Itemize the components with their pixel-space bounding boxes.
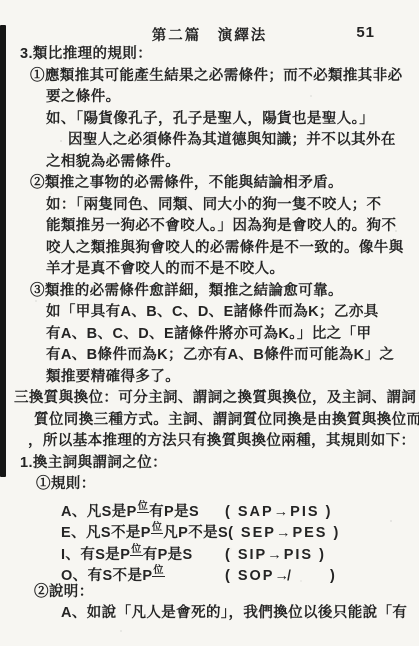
- conversion-mark: 位: [151, 522, 163, 534]
- text-line: 質位同換三種方式。主詞、謂詞質位同換是由換質與換位而來的: [34, 410, 419, 432]
- conversion-rule-O: O、有S不是P位( SOP↛ ): [61, 560, 419, 582]
- conversion-rule-E: E、凡S不是P位凡P不是S( SEP→PES ): [61, 517, 419, 539]
- conversion-mark: 位: [152, 565, 164, 577]
- text-line: 如「甲具有A、B、C、D、E諸條件而為K；乙亦具: [46, 302, 419, 324]
- text-line: 能類推另一狗必不會咬人。」因為狗是會咬人的。狗不: [46, 216, 419, 238]
- text-line: 3.類比推理的規則：: [20, 44, 419, 66]
- conversion-rule-A: A、凡S是P位有P是S( SAP→PIS ): [61, 496, 419, 518]
- page-number: 51: [356, 24, 375, 44]
- text-line: ①應類推其可能產生結果之必需條件；而不必類推其非必: [30, 66, 419, 88]
- conversion-rule-I: I、有S是P位有P是S( SIP→PIS ): [61, 539, 419, 561]
- rule-notation: ( SOP↛ ): [225, 568, 337, 584]
- text-line: 三換質與換位：可分主詞、謂詞之換質與換位，及主詞、謂詞: [14, 388, 419, 410]
- text-line: ，所以基本推理的方法只有換質與換位兩種，其規則如下：: [28, 431, 419, 453]
- text-line: 1.換主詞與謂詞之位：: [20, 453, 419, 475]
- text-line: A、如說「凡人是會死的」，我們換位以後只能說「有: [61, 603, 419, 625]
- text-line: 咬人之類推與狗會咬人的必需條件是不一致的。像牛與: [46, 238, 419, 260]
- text-line: 羊才是真不會咬人的而不是不咬人。: [46, 259, 419, 281]
- text-line: ②說明：: [34, 582, 419, 604]
- text-line: 如、「陽貨像孔子，孔子是聖人，陽貨也是聖人。」: [46, 109, 419, 131]
- text-line: 要之條件。: [46, 87, 419, 109]
- scanned-book-page: 第二篇 演繹法 51 3.類比推理的規則： ①應類推其可能產生結果之必需條件；而…: [0, 0, 419, 646]
- text-line: ①規則：: [36, 474, 419, 496]
- text-line: 有A、B、C、D、E諸條件將亦可為K。」比之「甲: [46, 324, 419, 346]
- text-line: 類推要精確得多了。: [46, 367, 419, 389]
- text-line: 因聖人之必須條件為其道德與知識；并不以其外在: [68, 130, 419, 152]
- conversion-mark: 位: [130, 544, 142, 556]
- text-line: ②類推之事物的必需條件，不能與結論相矛盾。: [30, 173, 419, 195]
- text-line: 之相貌為必需條件。: [46, 152, 419, 174]
- scan-noise-specks: [0, 0, 2, 2]
- page-body: 3.類比推理的規則： ①應類推其可能產生結果之必需條件；而不必類推其非必 要之條…: [6, 44, 419, 625]
- text-line: ③類推的必需條件愈詳細，類推之結論愈可靠。: [30, 281, 419, 303]
- conversion-mark: 位: [137, 501, 149, 513]
- text-line: 如：「兩隻同色、同類、同大小的狗一隻不咬人；不: [46, 195, 419, 217]
- text-line: 有A、B條件而為K；乙亦有A、B條件而可能為K」之: [46, 345, 419, 367]
